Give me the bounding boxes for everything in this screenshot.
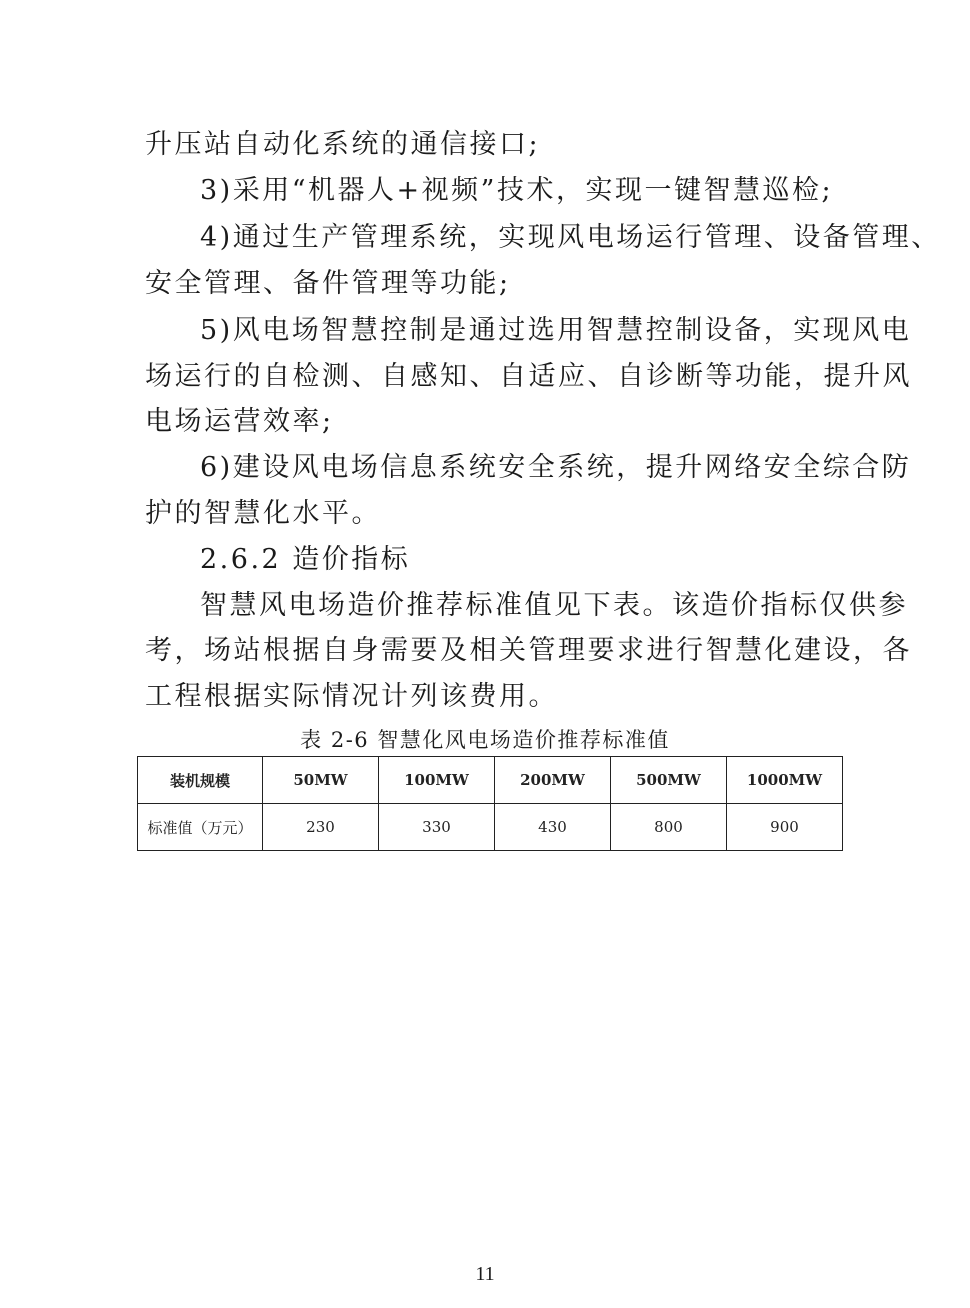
header-cell: 100MW — [379, 757, 495, 804]
table-caption: 表 2-6 智慧化风电场造价推荐标准值 — [0, 726, 970, 754]
cost-table: 装机规模 50MW 100MW 200MW 500MW 1000MW 标准值（万… — [137, 756, 843, 851]
header-cell: 装机规模 — [138, 757, 263, 804]
paragraph-line: 场运行的自检测、自感知、自适应、自诊断等功能，提升风 — [145, 360, 912, 394]
section-heading: 2.6.2 造价指标 — [200, 543, 410, 577]
paragraph-line: 升压站自动化系统的通信接口; — [145, 128, 540, 162]
value-cell: 330 — [379, 804, 495, 851]
header-cell: 200MW — [495, 757, 611, 804]
table-row: 标准值（万元） 230 330 430 800 900 — [138, 804, 843, 851]
header-cell: 1000MW — [727, 757, 843, 804]
paragraph-line: 智慧风电场造价推荐标准值见下表。该造价指标仅供参 — [200, 589, 908, 623]
paragraph-line: 安全管理、备件管理等功能; — [145, 267, 511, 301]
header-cell: 50MW — [263, 757, 379, 804]
paragraph-line: 考，场站根据自身需要及相关管理要求进行智慧化建设，各 — [145, 634, 912, 668]
header-cell: 500MW — [611, 757, 727, 804]
table-header-row: 装机规模 50MW 100MW 200MW 500MW 1000MW — [138, 757, 843, 804]
paragraph-line: 护的智慧化水平。 — [145, 497, 381, 531]
paragraph-line: 3)采用“机器人+视频”技术，实现一键智慧巡检; — [200, 174, 833, 208]
value-cell: 800 — [611, 804, 727, 851]
page-number: 11 — [0, 1263, 970, 1286]
paragraph-line: 工程根据实际情况计列该费用。 — [145, 680, 558, 714]
paragraph-line: 6)建设风电场信息系统安全系统，提升网络安全综合防 — [200, 451, 911, 485]
paragraph-line: 4)通过生产管理系统，实现风电场运行管理、设备管理、 — [200, 221, 941, 255]
paragraph-line: 5)风电场智慧控制是通过选用智慧控制设备，实现风电 — [200, 314, 911, 348]
row-label-cell: 标准值（万元） — [138, 804, 263, 851]
value-cell: 900 — [727, 804, 843, 851]
value-cell: 430 — [495, 804, 611, 851]
value-cell: 230 — [263, 804, 379, 851]
paragraph-line: 电场运营效率; — [145, 405, 334, 439]
